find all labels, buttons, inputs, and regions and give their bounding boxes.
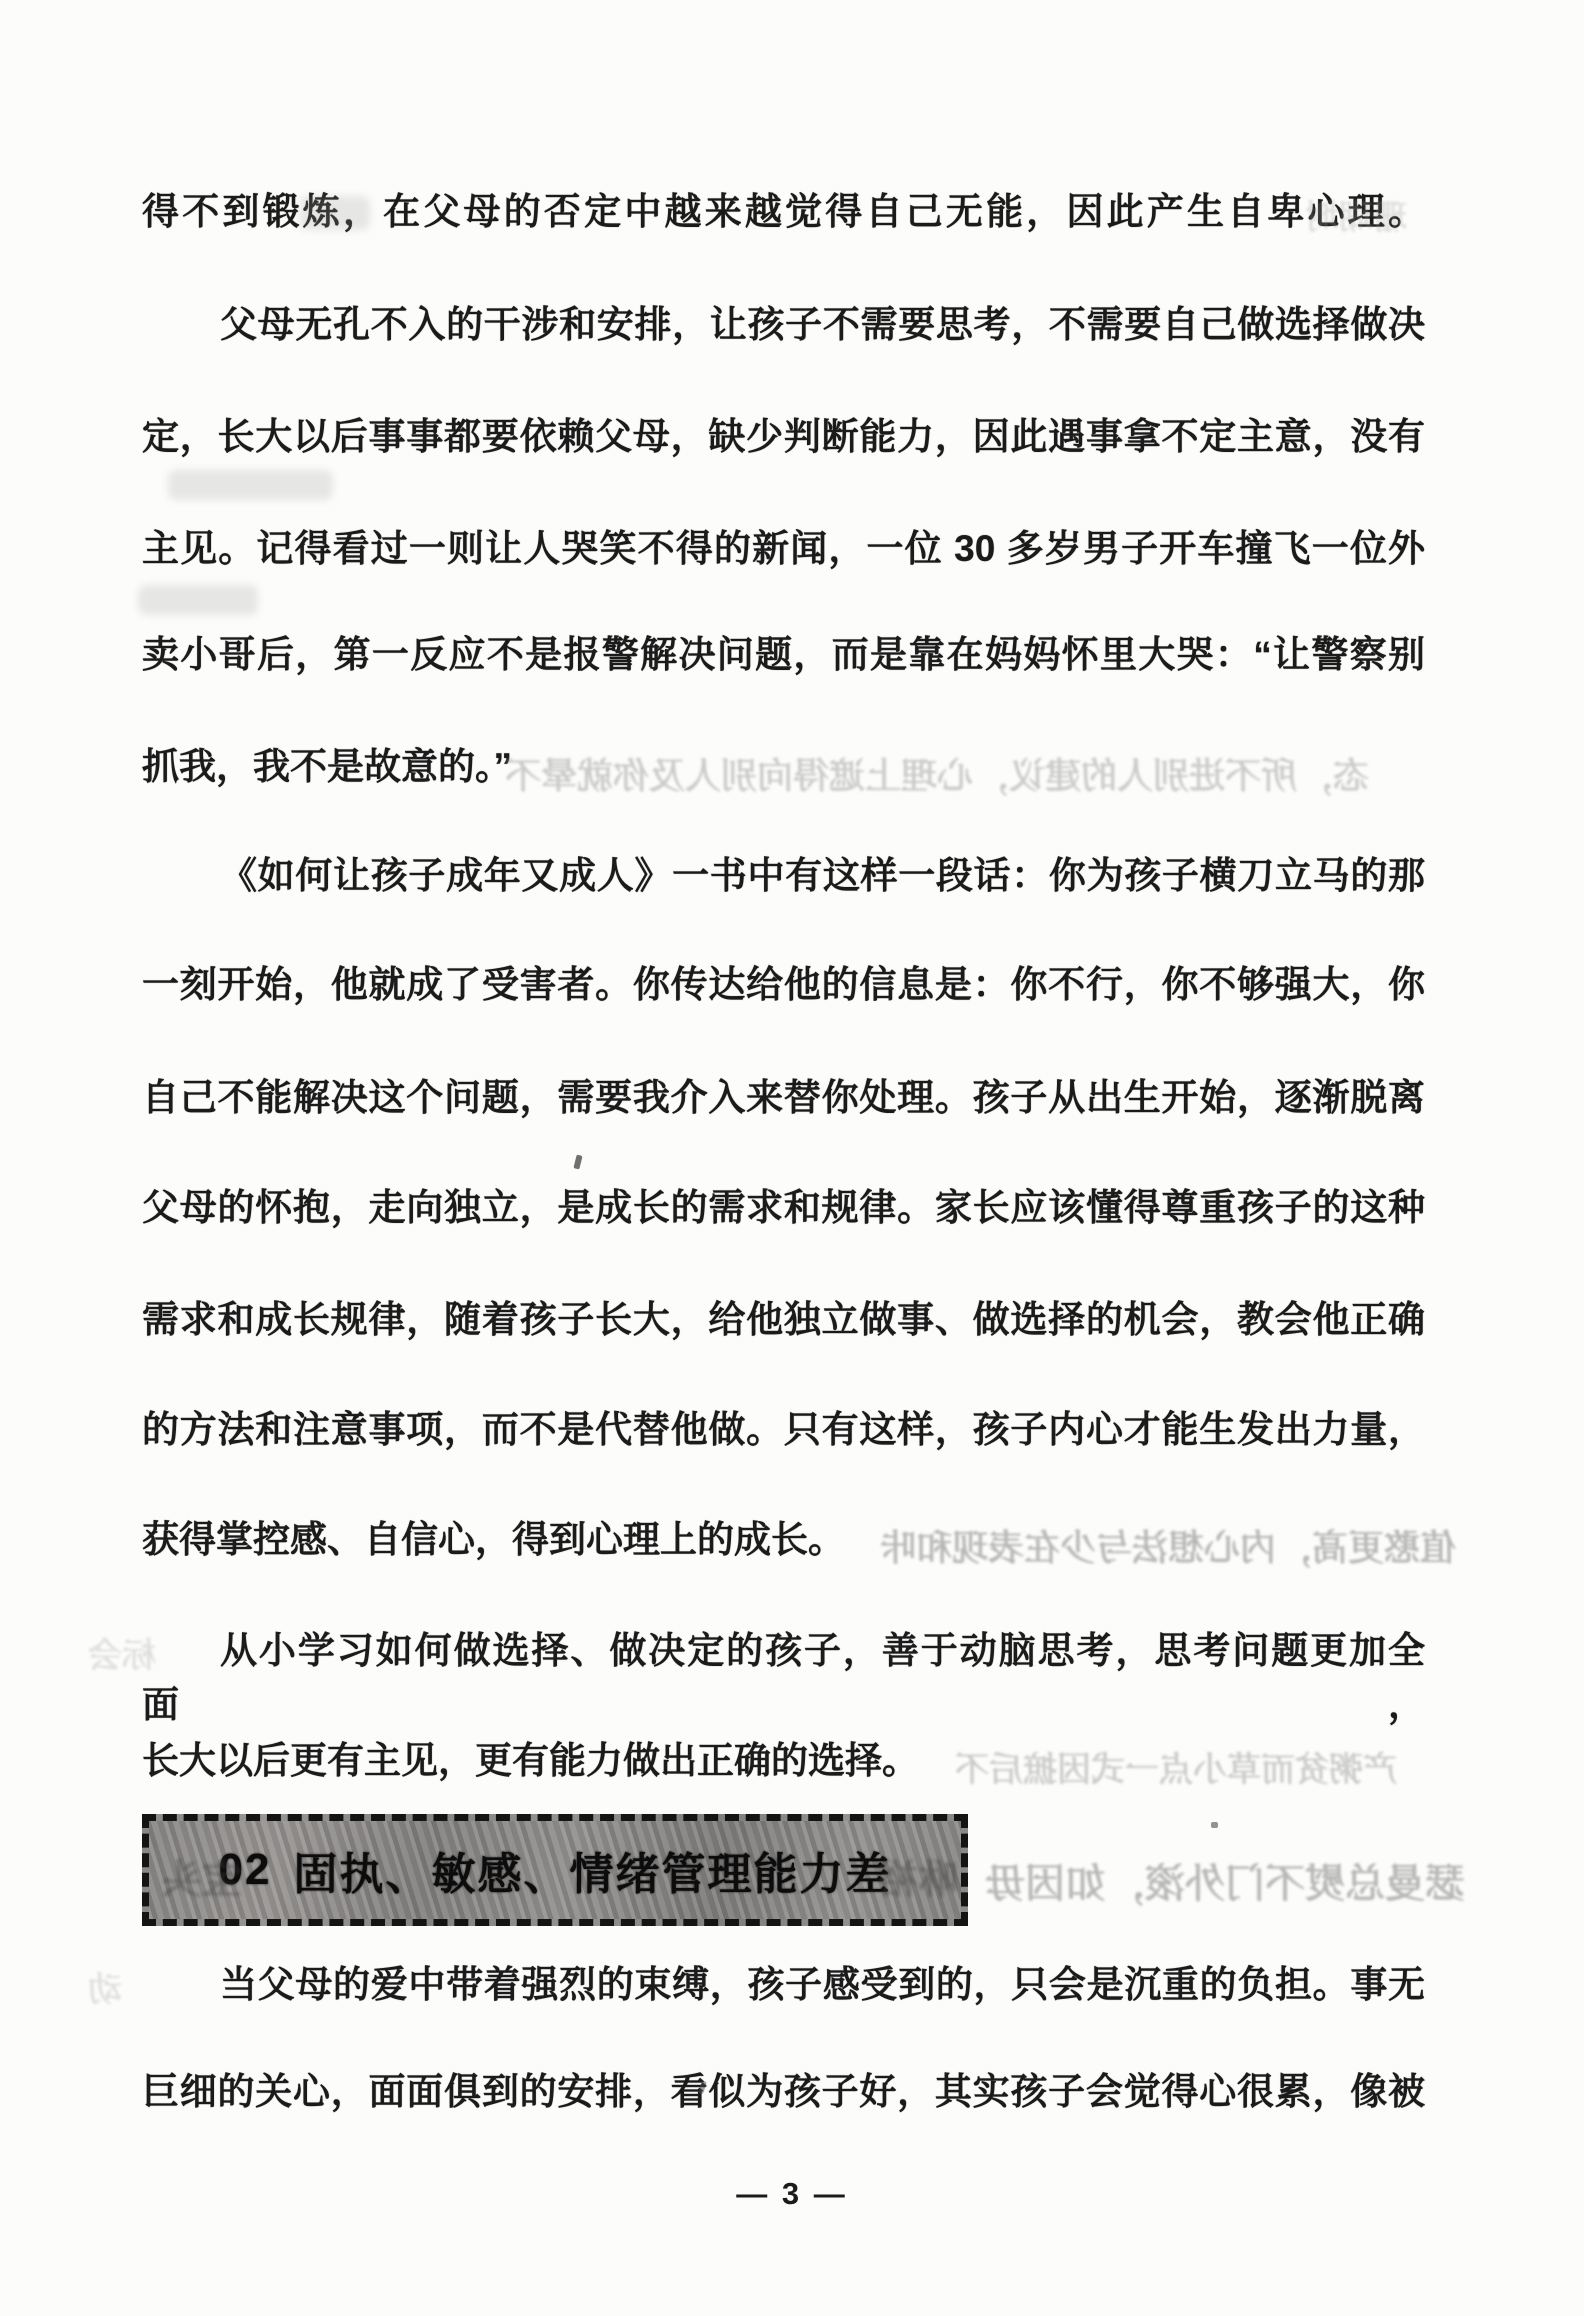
text-line: 巨细的关心，面面俱到的安排，看似为孩子好，其实孩子会觉得心很累，像被 (142, 2065, 1425, 2119)
scanned-document-page: 得不到锻炼，在父母的否定中越来越觉得自己无能，因此产生自卑心理。 父母无孔不入的… (0, 0, 1584, 2316)
text-line: 卖小哥后，第一反应不是报警解决问题，而是靠在妈妈怀里大哭：“让警察别 (142, 628, 1425, 682)
text-line: 从小学习如何做选择、做决定的孩子，善于动脑思考，思考问题更加全面， (142, 1624, 1425, 1732)
text-line: 获得掌控感、自信心，得到心理上的成长。 (142, 1513, 1425, 1567)
section-number: 02 (219, 1845, 272, 1895)
text-line: 定，长大以后事事都要依赖父母，缺少判断能力，因此遇事拿不定主意，没有 (142, 410, 1425, 464)
page-number: — 3 — (0, 2176, 1584, 2212)
text-line: 的方法和注意事项，而不是代替他做。只有这样，孩子内心才能生发出力量， (142, 1403, 1425, 1457)
text-line: 主见。记得看过一则让人哭笑不得的新闻，一位 30 多岁男子开车撞飞一位外 (142, 522, 1425, 576)
text-line: 一刻开始，他就成了受害者。你传达给他的信息是：你不行，你不够强大，你 (142, 958, 1425, 1012)
scan-mark (573, 1154, 582, 1169)
text-line: 抓我，我不是故意的。” (142, 740, 1425, 794)
text-line: 得不到锻炼，在父母的否定中越来越觉得自己无能，因此产生自卑心理。 (142, 185, 1425, 239)
text-line: 父母的怀抱，走向独立，是成长的需求和规律。家长应该懂得尊重孩子的这种 (142, 1181, 1425, 1235)
section-header-box: 02 固执、敏感、情绪管理能力差 (142, 1814, 968, 1926)
scan-smudge (168, 470, 333, 500)
text-line: 自己不能解决这个问题，需要我介入来替你处理。孩子从出生开始，逐渐脱离 (142, 1071, 1425, 1125)
scan-smudge (138, 585, 258, 615)
text-line: 当父母的爱中带着强烈的束缚，孩子感受到的，只会是沉重的负担。事无 (142, 1958, 1425, 2012)
text-line: 长大以后更有主见，更有能力做出正确的选择。 (142, 1734, 1425, 1788)
bleedthrough-text: 瑟曼总熨不门外滚，如因毋 (985, 1852, 1465, 1909)
text-line: 父母无孔不入的干涉和安排，让孩子不需要思考，不需要自己做选择做决 (142, 298, 1425, 352)
text-line: 需求和成长规律，随着孩子长大，给他独立做事、做选择的机会，教会他正确 (142, 1293, 1425, 1347)
text-line: 《如何让孩子成年又成人》一书中有这样一段话：你为孩子横刀立马的那 (142, 849, 1425, 903)
section-title: 固执、敏感、情绪管理能力差 (293, 1838, 891, 1902)
scan-mark (1211, 1822, 1218, 1828)
bleedthrough-text: 动 (88, 1962, 122, 2011)
